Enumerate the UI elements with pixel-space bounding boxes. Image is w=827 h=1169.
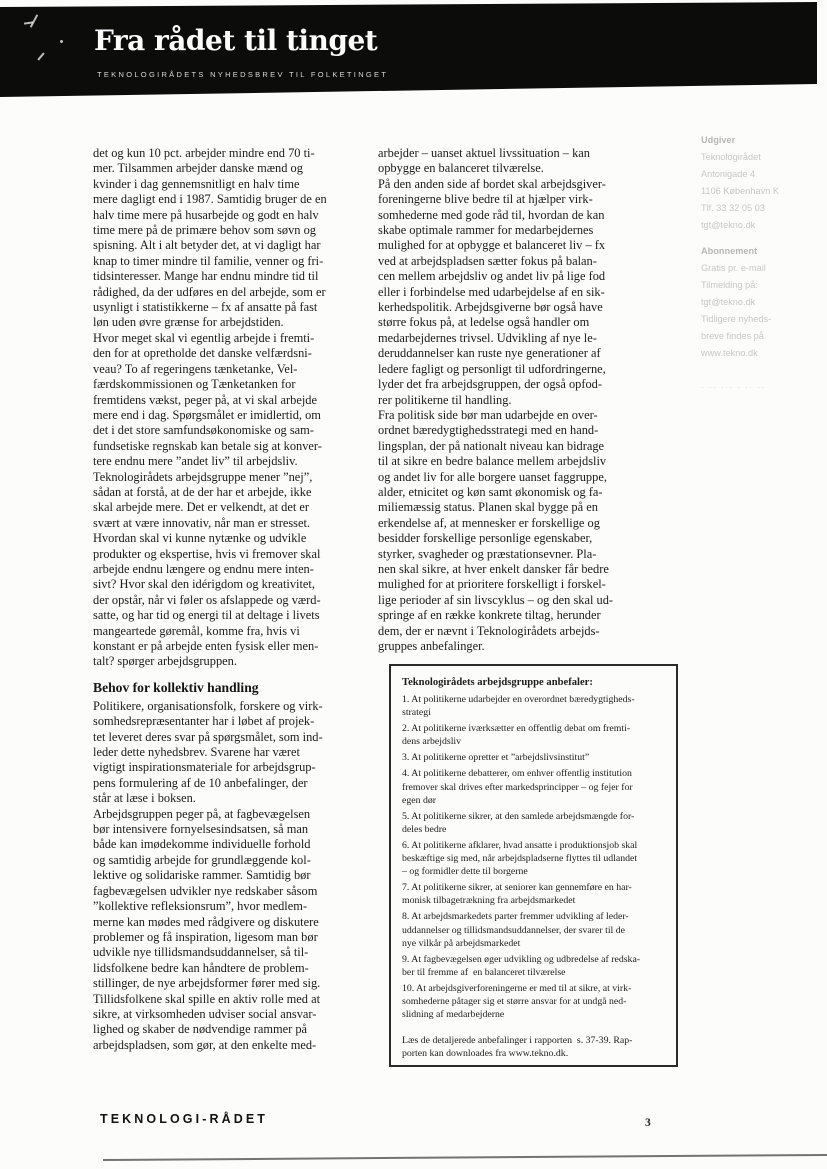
newsletter-page: Fra rådet til tinget TEKNOLOGIRÅDETS NYH…	[0, 0, 827, 1169]
publisher-address: Teknologirådet Antonigade 4 1106 Københa…	[701, 149, 817, 234]
body-text-col2: arbejder – uanset aktuel livssituation –…	[378, 146, 670, 654]
pen-scribble-mark	[37, 52, 44, 60]
newsletter-title: Fra rådet til tinget	[94, 24, 377, 57]
section-heading: Behov for kollektiv handling	[93, 680, 385, 696]
subscription-info: Gratis pr. e-mail Tilmelding på: tgt@tek…	[701, 260, 817, 362]
sidebar-faint-footnote: · ·· ··· · ·· ··	[701, 379, 817, 396]
recommendation-item: 2. At politikerne iværksætter en offentl…	[402, 722, 665, 748]
recommendation-item: 4. At politikerne debatterer, om enhver …	[402, 767, 665, 806]
bottom-rule	[103, 1154, 827, 1161]
recommendation-item: 10. At arbejdsgiverforeningerne er med t…	[402, 982, 665, 1021]
recommendations-box-title: Teknologirådets arbejdsgruppe anbefaler:	[402, 677, 665, 688]
colophon-sidebar: Udgiver Teknologirådet Antonigade 4 1106…	[701, 132, 817, 396]
page-number: 3	[645, 1117, 651, 1129]
recommendations-box-footnote: Læs de detaljerede anbefalinger i rappor…	[402, 1034, 665, 1060]
pen-scribble-mark	[60, 40, 63, 43]
subscription-label: Abonnement	[701, 243, 817, 260]
publisher-label: Udgiver	[701, 132, 817, 149]
recommendation-item: 6. At politikerne afklarer, hvad ansatte…	[402, 839, 665, 878]
recommendation-item: 5. At politikerne sikrer, at den samlede…	[402, 810, 665, 836]
recommendation-item: 3. At politikerne opretter et ”arbejdsli…	[402, 751, 665, 764]
recommendation-item: 9. At fagbevægelsen øger udvikling og ud…	[402, 953, 665, 979]
body-text-col1-part2: Politikere, organisationsfolk, forskere …	[93, 699, 385, 1053]
recommendations-box: Teknologirådets arbejdsgruppe anbefaler:…	[389, 664, 678, 1067]
masthead: Fra rådet til tinget TEKNOLOGIRÅDETS NYH…	[0, 0, 827, 102]
body-text-col1-part1: det og kun 10 pct. arbejder mindre end 7…	[93, 146, 385, 670]
recommendation-item: 8. At arbejdsmarkedets parter fremmer ud…	[402, 910, 665, 949]
newsletter-subtitle: TEKNOLOGIRÅDETS NYHEDSBREV TIL FOLKETING…	[97, 70, 388, 79]
recommendation-item: 7. At politikerne sikrer, at seniorer ka…	[402, 881, 665, 907]
article-column-left: det og kun 10 pct. arbejder mindre end 7…	[93, 146, 385, 1053]
teknologi-raadet-wordmark: TEKNOLOGI-RÅDET	[100, 1112, 268, 1126]
recommendation-item: 1. At politikerne udarbejder en overordn…	[402, 693, 665, 719]
article-column-right: arbejder – uanset aktuel livssituation –…	[378, 146, 670, 654]
